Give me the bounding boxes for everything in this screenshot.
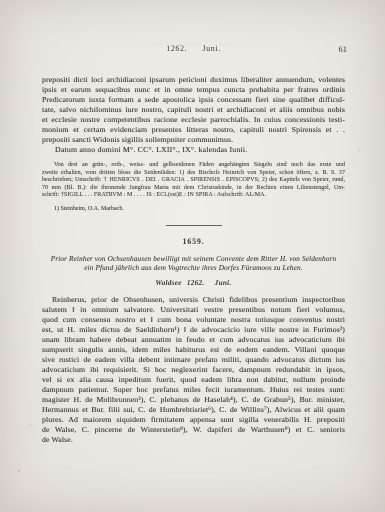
scan-speck <box>358 150 360 151</box>
place-date-line: Waldsee 1262. Juni. <box>42 279 345 287</box>
note-line: schrift: †SIGILL . . . FRATRVM : M . . .… <box>42 192 345 200</box>
scanned-book-page: 1262. Juni. 61 prepositi dicti loci arch… <box>0 0 385 512</box>
text-line: Reinherus, prior de Ohsenhusen, universi… <box>42 295 345 305</box>
header-date-title: 1262. Juni. <box>42 44 345 53</box>
text-line: advocaticium ibi requisierit. Si hoc neg… <box>42 365 345 375</box>
running-header: 1262. Juni. 61 <box>42 44 345 55</box>
text-line: salutem ‖ in omnium salvatore. Universit… <box>42 305 345 315</box>
text-line: prepositi sancti Widonis sigillis sollem… <box>42 135 345 145</box>
note-line: Von drei an grün-, roth-, weiss- und gel… <box>42 162 345 170</box>
regest-heading: Prior Reinher von Ochsenhausen bewilligt… <box>42 255 345 275</box>
text-line: quod cum consensu nostro et ‖ cum bona v… <box>42 315 345 325</box>
text-line: dampnum patiemur. Super hoc prefatus mil… <box>42 385 345 395</box>
regest-line: Prior Reinher von Ochsenhausen bewilligt… <box>42 255 345 265</box>
second-entry-body: Reinherus, prior de Ohsenhusen, universi… <box>42 295 345 445</box>
text-line: Hermannus et Bur. filii sui, C. de Humbr… <box>42 405 345 415</box>
entry-number: 1659. <box>42 237 345 246</box>
text-line: est, ut H. miles dictus de Saeldinhorn¹)… <box>42 325 345 335</box>
text-line: vel si ex alia causa inpeditum fuerit, q… <box>42 375 345 385</box>
text-line: magister H. de Molibrunnen³), C. plebanu… <box>42 395 345 405</box>
first-entry-body: prepositi dicti loci archidiaconi ipsaru… <box>42 75 345 145</box>
text-line: tate, salvo nichilominus iure nostro, ca… <box>42 105 345 115</box>
note-line: beschrieben; Umschrift: † HENRICVS . DEI… <box>42 177 345 185</box>
text-line: prepositi dicti loci archidiaconi ipsaru… <box>42 75 345 85</box>
text-line: de Walse. <box>42 435 345 445</box>
text-line: Predicatorum iuxta formam a sede apostol… <box>42 95 345 105</box>
text-line: et ecclesie nostre competentibus racione… <box>42 115 345 125</box>
text-line: unam libram habere debeat annuatim in fe… <box>42 335 345 345</box>
section-divider <box>166 225 222 226</box>
footnote: 1) Steinheim, O.A. Marbach. <box>42 206 345 214</box>
page-content: 1262. Juni. 61 prepositi dicti loci arch… <box>42 44 345 445</box>
text-line: monium et certam evidenciam presentes li… <box>42 125 345 135</box>
text-line: plures. Ad maiorem siquidem firmitatem a… <box>42 415 345 425</box>
datum-line: Datum anno domini M°. CC°. LXII°., IX°. … <box>42 145 345 155</box>
scan-speck <box>30 424 31 426</box>
text-line: ipsis et earum sequacibus nunc et in omn… <box>42 85 345 95</box>
page-number: 61 <box>339 44 348 54</box>
seal-description-notes: Von drei an grün-, roth-, weiss- und gel… <box>42 162 345 200</box>
regest-line: ein Pfund jährlich aus dem Vogtrechte ih… <box>42 264 345 274</box>
text-line: sumpserit singulis annis, idem miles hab… <box>42 345 345 355</box>
text-line: de Walse, C. pincerne de Winterstetin⁸),… <box>42 425 345 435</box>
text-line: sive rustici de eadem villa debent intim… <box>42 355 345 365</box>
scan-speck <box>18 470 20 472</box>
